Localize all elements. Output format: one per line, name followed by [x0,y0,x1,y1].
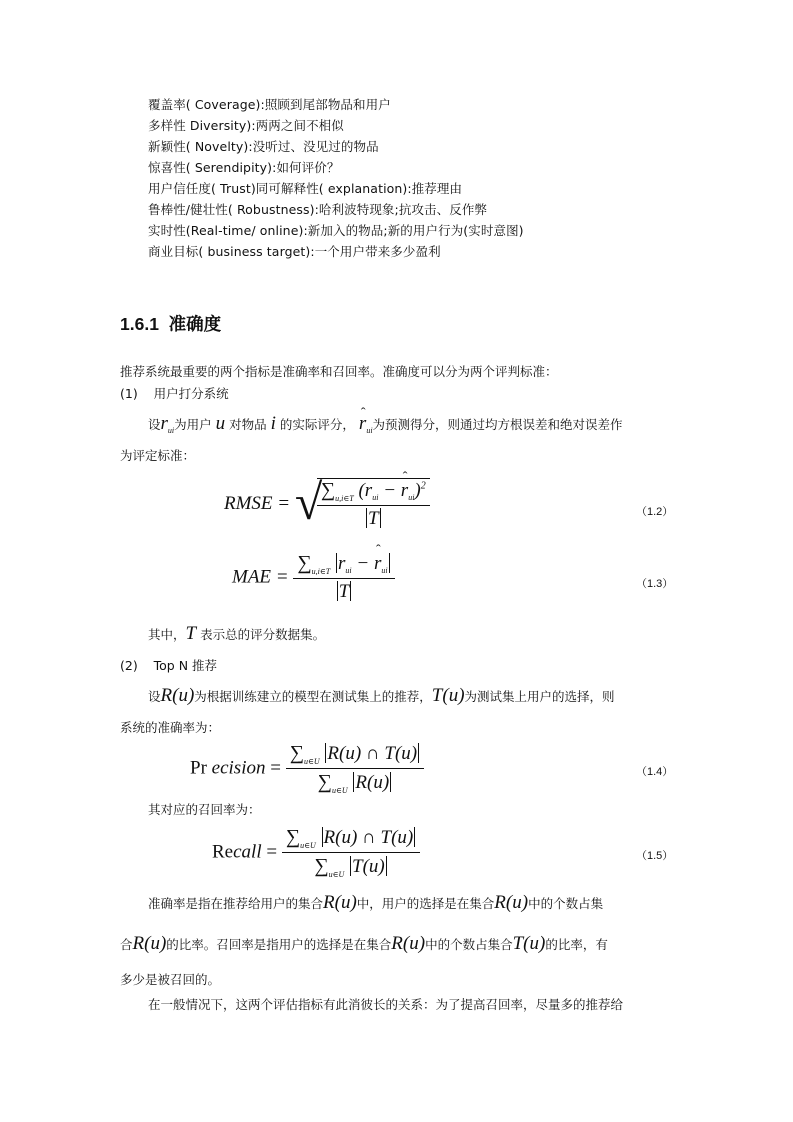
text: 设 [148,417,161,432]
criteria-novelty: 新颖性( Novelty):没听过、没见过的物品 [148,137,379,157]
section-heading: 1.6.1 准确度 [120,311,221,336]
part2-heading: (2) Top N 推荐 [120,656,217,676]
var-r: rui [161,413,175,434]
criteria-diversity: 多样性 Diversity):两两之间不相似 [148,116,344,136]
part1-title: 用户打分系统 [154,386,229,401]
eqnum-1-5: （1.5） [636,847,673,863]
text: 对物品 [229,417,267,432]
part1-label: (1) [120,386,138,401]
var-r-hat: rui [359,414,373,441]
text: 的实际评分， [280,417,355,432]
eqnum-1-3: （1.3） [636,575,673,591]
intro-paragraph: 推荐系统最重要的两个指标是准确率和召回率。准确度可以分为两个评判标准： [120,362,558,382]
criteria-robustness: 鲁棒性/健壮性( Robustness):哈利波特现象;抗攻击、反作弊 [148,200,487,220]
explanation-line3: 多少是被召回的。 [120,970,220,990]
explanation-line2: 合R(u)的比率。召回率是指用户的选择是在集合R(u)中的个数占集合T(u)的比… [120,934,608,955]
criteria-serendipity: 惊喜性( Serendipity):如何评价？ [148,158,339,178]
rmse-formula: RMSE = √ ∑u,i∈T (rui − rui)2 T [224,478,430,530]
text: 为预测得分，则通过均方根误差和绝对误差作 [373,417,623,432]
criteria-business: 商业目标( business target):一个用户带来多少盈利 [148,242,441,262]
eqnum-1-2: （1.2） [636,503,673,519]
criteria-trust: 用户信任度( Trust)同可解释性( explanation):推荐理由 [148,179,462,199]
section-number: 1.6.1 [120,314,159,334]
recall-formula: Recall = ∑u∈U R(u) ∩ T(u) ∑u∈U T(u) [212,826,420,879]
section-title: 准确度 [169,314,222,334]
mae-lhs: MAE = [232,567,289,588]
eqnum-1-4: （1.4） [636,763,673,779]
criteria-coverage: 覆盖率( Coverage):照顾到尾部物品和用户 [148,95,391,115]
rmse-lhs: RMSE = [224,493,290,514]
part2-label: (2) [120,658,138,673]
var-Tu: T(u) [432,685,465,706]
part1-definition-line2: 为评定标准： [120,446,195,466]
criteria-realtime: 实时性(Real-time/ online):新加入的物品;新的用户行为(实时意… [148,221,524,241]
where-statement: 其中，T 表示总的评分数据集。 [148,624,325,645]
var-T: T [186,623,197,644]
var-i: i [271,413,276,434]
part2-definition-line1: 设R(u)为根据训练建立的模型在测试集上的推荐，T(u)为测试集上用户的选择，则 [148,686,615,707]
var-u: u [216,413,226,434]
part1-heading: (1) 用户打分系统 [120,384,229,404]
mae-formula: MAE = ∑u,i∈T rui − rui T [232,552,395,603]
sqrt: √ ∑u,i∈T (rui − rui)2 T [295,478,430,530]
part2-definition-line2: 系统的准确率为： [120,718,220,738]
part2-title: Top N 推荐 [154,658,217,673]
var-Ru: R(u) [161,685,195,706]
explanation-line1: 准确率是指在推荐给用户的集合R(u)中，用户的选择是在集合R(u)中的个数占集 [148,893,603,914]
radical-icon: √ [295,472,322,532]
part1-definition-line1: 设rui为用户 u 对物品 i 的实际评分， rui为预测得分，则通过均方根误差… [148,414,623,441]
explanation-line4: 在一般情况下，这两个评估指标有此消彼长的关系：为了提高召回率，尽量多的推荐给 [148,995,623,1015]
recall-intro: 其对应的召回率为： [148,800,261,820]
precision-formula: Pr ecision = ∑u∈U R(u) ∩ T(u) ∑u∈U R(u) [190,742,424,795]
text: 为用户 [174,417,212,432]
